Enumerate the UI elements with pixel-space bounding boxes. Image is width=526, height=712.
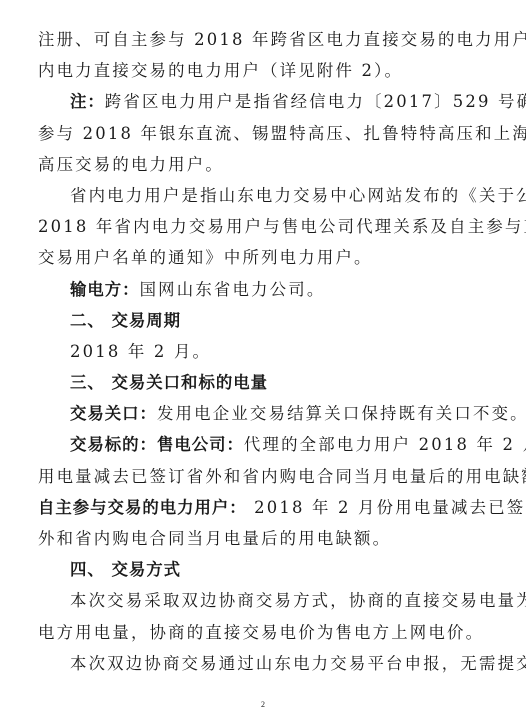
line-text: 发用电企业交易结算关口保持既有关口不变。 [157,404,526,423]
line-text: 本次双边协商交易通过山东电力交易平台申报，无需提交纸 [70,654,526,673]
paragraph-line: 参与 2018 年银东直流、锡盟特高压、扎鲁特特高压和上海庙特 [38,118,475,149]
gateway-label: 交易关口： [70,404,157,423]
paragraph-line: 电方用电量，协商的直接交易电价为售电方上网电价。 [38,617,475,648]
section-heading: 二、 交易周期 [38,305,475,336]
line-text: 本次交易采取双边协商交易方式，协商的直接交易电量为购 [70,591,526,610]
line-text: 2018 年 2 月份用电量减去已签订省 [247,498,526,517]
line-text: 参与 2018 年银东直流、锡盟特高压、扎鲁特特高压和上海庙特 [38,124,526,143]
line-text: 省内电力用户是指山东电力交易中心网站发布的《关于公布 [70,186,526,205]
heading-text: 三、 交易关口和标的电量 [70,373,268,392]
transmission-line: 输电方：国网山东省电力公司。 [38,274,475,305]
paragraph-line: 交易用户名单的通知》中所列电力用户。 [38,242,475,273]
note-label: 注： [70,92,105,111]
line-text: 电方用电量，协商的直接交易电价为售电方上网电价。 [38,623,484,642]
paragraph-line: 注册、可自主参与 2018 年跨省区电力直接交易的电力用户和省 [38,24,475,55]
heading-text: 四、 交易方式 [70,560,181,579]
line-text: 内电力直接交易的电力用户（详见附件 2）。 [38,61,403,80]
gateway-line: 交易关口：发用电企业交易结算关口保持既有关口不变。 [38,398,475,429]
line-text: 外和省内购电合同当月电量后的用电缺额。 [38,529,391,548]
line-text: 注册、可自主参与 2018 年跨省区电力直接交易的电力用户和省 [38,30,526,49]
paragraph-line: 本次交易采取双边协商交易方式，协商的直接交易电量为购 [38,585,475,616]
paragraph-line: 高压交易的电力用户。 [38,149,475,180]
target-line: 交易标的：售电公司：代理的全部电力用户 2018 年 2 月份 [38,429,475,460]
page-number: 2 [0,700,526,710]
document-page: 注册、可自主参与 2018 年跨省区电力直接交易的电力用户和省 内电力直接交易的… [38,24,475,679]
paragraph-line: 本次双边协商交易通过山东电力交易平台申报，无需提交纸 [38,648,475,679]
line-text: 代理的全部电力用户 2018 年 2 月份 [244,435,526,454]
line-text: 交易用户名单的通知》中所列电力用户。 [38,248,373,267]
heading-text: 二、 交易周期 [70,311,181,330]
paragraph-line: 内电力直接交易的电力用户（详见附件 2）。 [38,55,475,86]
line-text: 国网山东省电力公司。 [140,280,326,299]
line-text: 2018 年 2 月。 [70,342,211,361]
paragraph-line: 2018 年省内电力交易用户与售电公司代理关系及自主参与直接 [38,211,475,242]
paragraph-line: 外和省内购电合同当月电量后的用电缺额。 [38,523,475,554]
transmission-label: 输电方： [70,280,140,299]
line-text: 用电量减去已签订省外和省内购电合同当月电量后的用电缺额。 [38,467,526,486]
note-line: 注：跨省区电力用户是指省经信电力〔2017〕529 号确定的 [38,86,475,117]
line-text: 高压交易的电力用户。 [38,155,224,174]
paragraph-line: 省内电力用户是指山东电力交易中心网站发布的《关于公布 [38,180,475,211]
self-trading-line: 自主参与交易的电力用户： 2018 年 2 月份用电量减去已签订省 [38,492,475,523]
paragraph-line: 2018 年 2 月。 [38,336,475,367]
self-trading-label: 自主参与交易的电力用户： [38,498,247,517]
section-heading: 四、 交易方式 [38,554,475,585]
line-text: 2018 年省内电力交易用户与售电公司代理关系及自主参与直接 [38,217,526,236]
section-heading: 三、 交易关口和标的电量 [38,367,475,398]
target-label: 交易标的：售电公司： [70,435,244,454]
line-text: 跨省区电力用户是指省经信电力〔2017〕529 号确定的 [105,92,526,111]
paragraph-line: 用电量减去已签订省外和省内购电合同当月电量后的用电缺额。 [38,461,475,492]
